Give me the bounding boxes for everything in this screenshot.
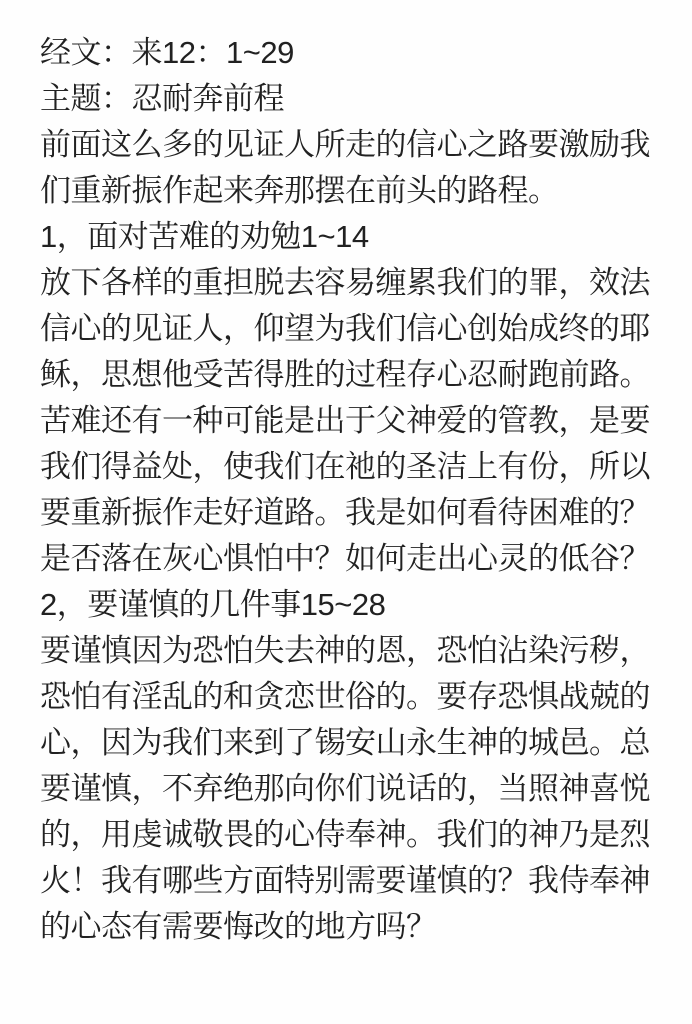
section-1-body-line: 稣，思想他受苦得胜的过程存心忍耐跑前路。 xyxy=(40,352,658,398)
section-1-body-line: 苦难还有一种可能是出于父神爱的管教，是要 xyxy=(40,398,658,444)
section-2-body-line: 心，因为我们来到了锡安山永生神的城邑。总 xyxy=(40,720,658,766)
section-1-body-line: 要重新振作走好道路。我是如何看待困难的？ xyxy=(40,490,658,536)
section-2-body-line: 的，用虔诚敬畏的心侍奉神。我们的神乃是烈 xyxy=(40,812,658,858)
theme-line: 主题：忍耐奔前程 xyxy=(40,76,658,122)
section-1-heading: 1，面对苦难的劝勉1~14 xyxy=(40,214,658,260)
section-2-body-line: 要谨慎因为恐怕失去神的恩，恐怕沾染污秽， xyxy=(40,628,658,674)
section-2-body-line: 火！我有哪些方面特别需要谨慎的？我侍奉神 xyxy=(40,858,658,904)
section-2-body-line: 要谨慎，不弃绝那向你们说话的，当照神喜悦 xyxy=(40,766,658,812)
notes-page: 经文：来12：1~29 主题：忍耐奔前程 前面这么多的见证人所走的信心之路要激励… xyxy=(0,0,692,1024)
section-1-body-line: 信心的见证人，仰望为我们信心创始成终的耶 xyxy=(40,306,658,352)
section-1-body-line: 我们得益处，使我们在祂的圣洁上有份，所以 xyxy=(40,444,658,490)
scripture-reference-line: 经文：来12：1~29 xyxy=(40,30,658,76)
section-2-body-line: 的心态有需要悔改的地方吗？ xyxy=(40,904,658,950)
intro-line: 们重新振作起来奔那摆在前头的路程。 xyxy=(40,168,658,214)
section-1-body-line: 放下各样的重担脱去容易缠累我们的罪，效法 xyxy=(40,260,658,306)
section-1-body-line: 是否落在灰心惧怕中？如何走出心灵的低谷？ xyxy=(40,536,658,582)
section-2-body-line: 恐怕有淫乱的和贪恋世俗的。要存恐惧战兢的 xyxy=(40,674,658,720)
section-2-heading: 2，要谨慎的几件事15~28 xyxy=(40,582,658,628)
intro-line: 前面这么多的见证人所走的信心之路要激励我 xyxy=(40,122,658,168)
